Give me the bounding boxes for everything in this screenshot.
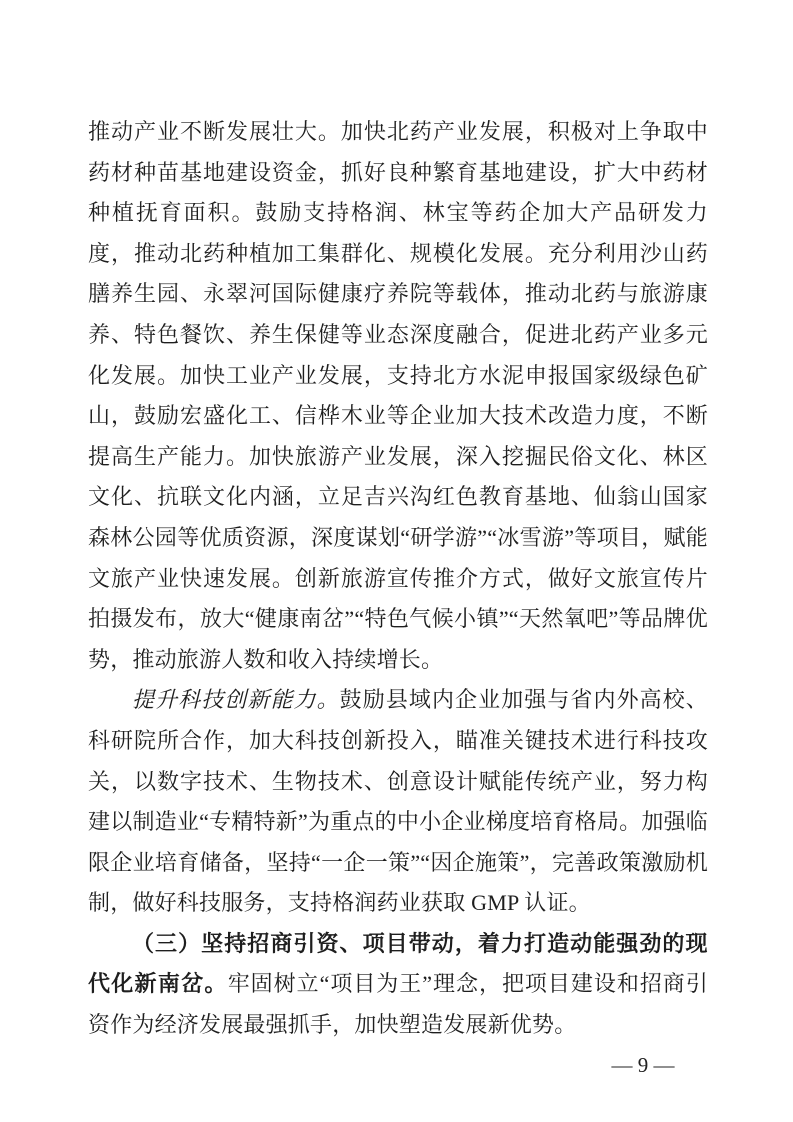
body-paragraph-3: （三）坚持招商引资、项目带动，着力打造动能强劲的现代化新南岔。牢固树立“项目为王… bbox=[88, 924, 708, 1046]
page-body: 推动产业不断发展壮大。加快北药产业发展，积极对上争取中药材种苗基地建设资金，抓好… bbox=[88, 112, 708, 1046]
paragraph-2-text: 鼓励县域内企业加强与省内外高校、科研院所合作，加大科技创新投入，瞄准关键技术进行… bbox=[88, 687, 708, 915]
page-number: — 9 — bbox=[583, 1052, 703, 1078]
paragraph-2-lead: 提升科技创新能力。 bbox=[132, 687, 340, 712]
document-page: 推动产业不断发展壮大。加快北药产业发展，积极对上争取中药材种苗基地建设资金，抓好… bbox=[0, 0, 793, 1122]
body-paragraph-1: 推动产业不断发展壮大。加快北药产业发展，积极对上争取中药材种苗基地建设资金，抓好… bbox=[88, 112, 708, 680]
body-paragraph-2: 提升科技创新能力。鼓励县域内企业加强与省内外高校、科研院所合作，加大科技创新投入… bbox=[88, 680, 708, 924]
